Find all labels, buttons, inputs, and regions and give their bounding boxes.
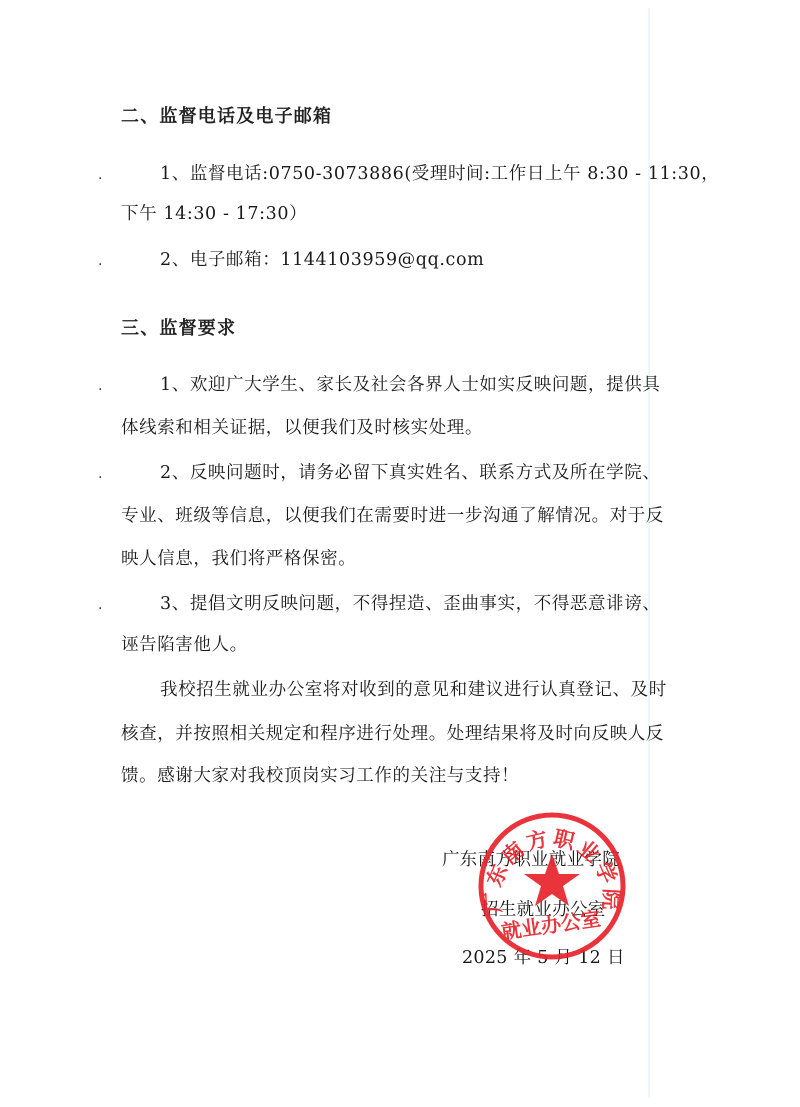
section3-heading: 三、监督要求: [121, 317, 236, 341]
margin-marker: .: [98, 467, 102, 481]
section2-item1-line1: 1、监督电话:0750-3073886(受理时间:工作日上午 8:30 - 11…: [160, 162, 719, 186]
section3-item1-line1: 1、欢迎广大学生、家长及社会各界人士如实反映问题，提供具: [160, 373, 660, 397]
section3-item3-line2: 诬告陷害他人。: [121, 633, 248, 657]
margin-marker: .: [98, 254, 102, 268]
section2-item2-email: 2、电子邮箱：1144103959@qq.com: [160, 248, 484, 272]
closing-line2: 核查，并按照相关规定和程序进行处理。处理结果将及时向反映人反: [121, 722, 664, 746]
margin-marker: .: [98, 168, 102, 182]
signature-office: 招生就业办公室: [481, 898, 606, 922]
signature-date: 2025 年 5 月 12 日: [462, 946, 625, 970]
margin-marker: .: [98, 379, 102, 393]
section3-item2-line3: 映人信息，我们将严格保密。: [121, 547, 356, 571]
section3-item1-line2: 体线索和相关证据，以便我们及时核实处理。: [121, 416, 483, 440]
section2-heading: 二、监督电话及电子邮箱: [121, 105, 332, 129]
section2-item1-line2: 下午 14:30 - 17:30）: [121, 202, 307, 226]
closing-line1: 我校招生就业办公室将对收到的意见和建议进行认真登记、及时: [160, 678, 667, 702]
section3-item2-line2: 专业、班级等信息，以便我们在需要时进一步沟通了解情况。对于反: [121, 504, 664, 528]
document-page: 二、监督电话及电子邮箱 . 1、监督电话:0750-3073886(受理时间:工…: [0, 0, 800, 1107]
signature-organization: 广东南方职业就业学院: [442, 848, 620, 872]
closing-line3: 馈。感谢大家对我校顶岗实习工作的关注与支持！: [121, 764, 519, 788]
margin-marker: .: [98, 598, 102, 612]
official-seal-stamp: 广东南方职业学院 就业办公室: [476, 810, 628, 962]
section3-item2-line1: 2、反映问题时，请务必留下真实姓名、联系方式及所在学院、: [160, 461, 660, 485]
section3-item3-line1: 3、提倡文明反映问题，不得捏造、歪曲事实，不得恶意诽谤、: [160, 592, 660, 616]
